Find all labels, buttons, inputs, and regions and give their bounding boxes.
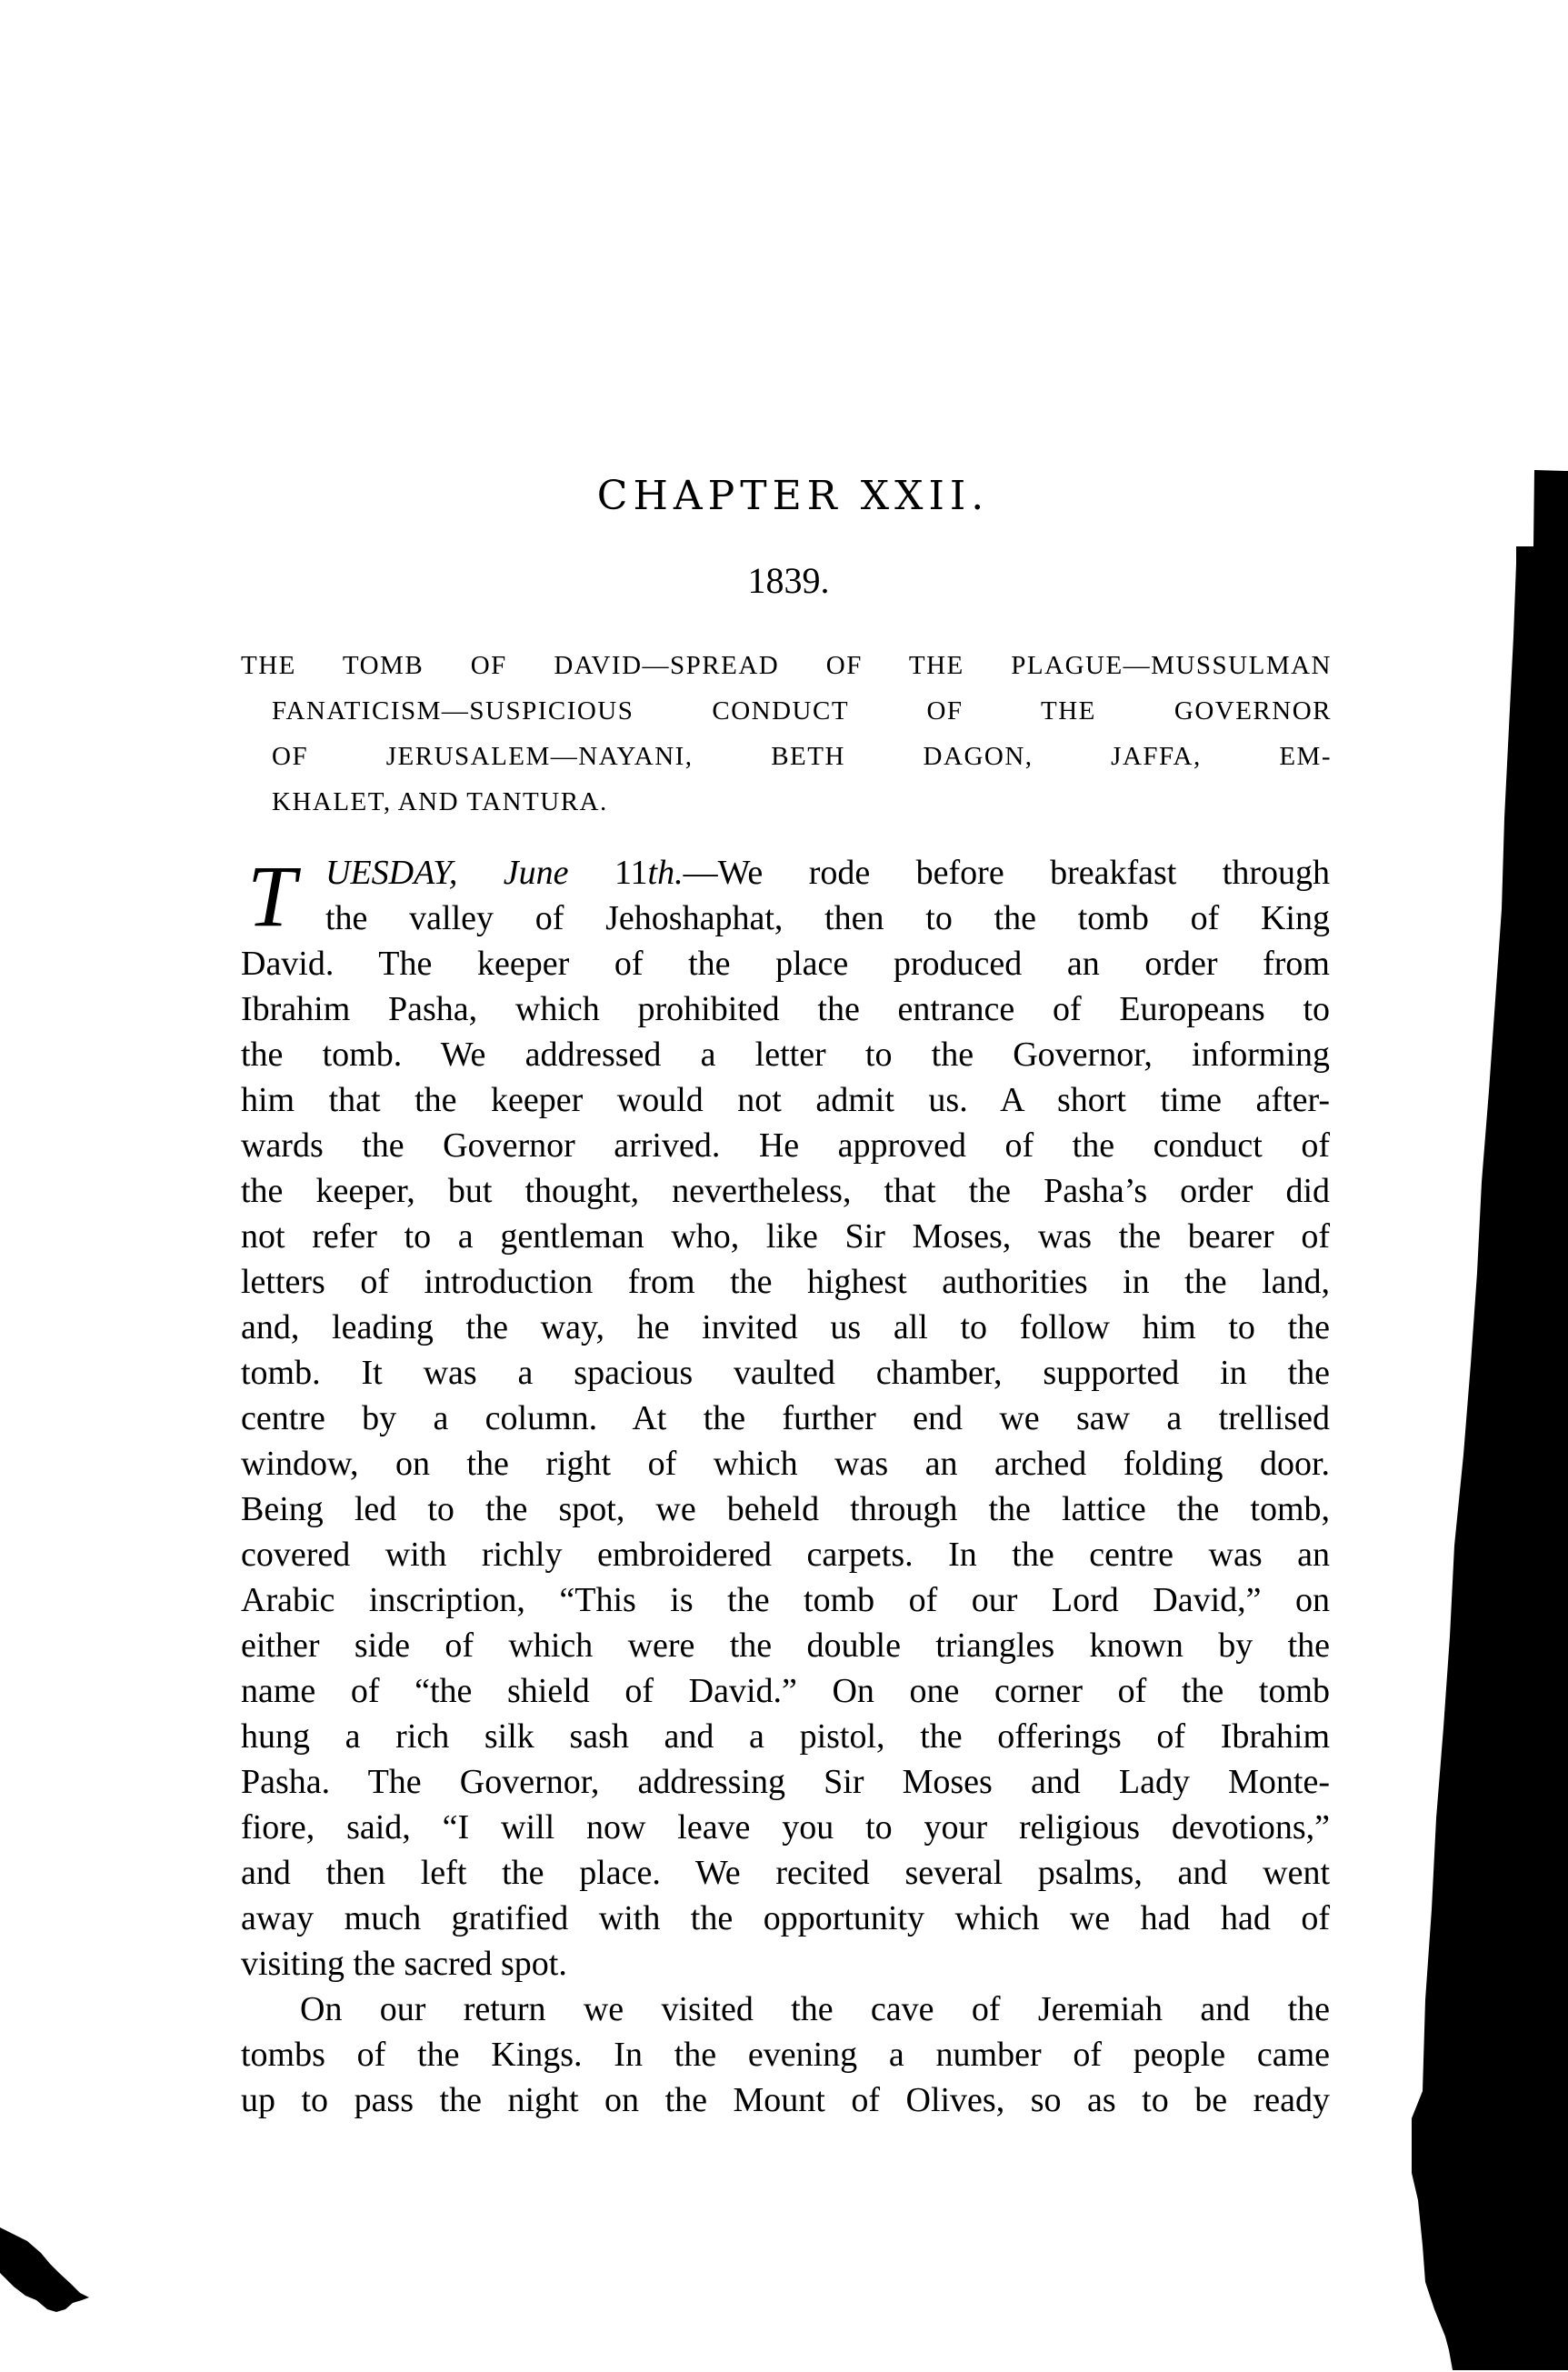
text-line: Pasha. The Governor, addressing Sir Mose… [241, 1759, 1330, 1805]
text-line: tombs of the Kings. In the evening a num… [241, 2032, 1330, 2077]
opening-month: June [504, 854, 569, 892]
text-line: the tomb. We addressed a letter to the G… [241, 1032, 1330, 1077]
text-line: Arabic inscription, “This is the tomb of… [241, 1577, 1330, 1623]
text-line: either side of which were the double tri… [241, 1623, 1330, 1668]
opening-day-suffix: th. [648, 854, 684, 892]
chapter-synopsis: The Tomb of David—Spread of the Plague—M… [241, 643, 1332, 825]
synopsis-line: The Tomb of David—Spread of the Plague—M… [241, 643, 1332, 688]
text-line: window, on the right of which was an arc… [241, 1441, 1330, 1486]
text-line: Ibrahim Pasha, which prohibited the entr… [241, 986, 1330, 1032]
text-line: up to pass the night on the Mount of Oli… [241, 2077, 1330, 2123]
text-line: David. The keeper of the place produced … [241, 941, 1330, 986]
text-line: him that the keeper would not admit us. … [241, 1077, 1330, 1123]
opening-day-number: 11 [614, 854, 648, 892]
chapter-heading: CHAPTER XXII. [0, 473, 1568, 519]
opening-rest: —We rode before breakfast through [684, 854, 1330, 892]
text-line: letters of introduction from the highest… [241, 1259, 1330, 1305]
text-line: and, leading the way, he invited us all … [241, 1305, 1330, 1350]
text-line: tomb. It was a spacious vaulted chamber,… [241, 1350, 1330, 1396]
synopsis-line: of Jerusalem—Nayani, Beth Dagon, Jaffa, … [272, 734, 1332, 779]
text-line: visiting the sacred spot. [241, 1941, 1330, 1987]
text-line: and then left the place. We recited seve… [241, 1850, 1330, 1896]
text-line: fiore, said, “I will now leave you to yo… [241, 1805, 1330, 1850]
opening-day: UESDAY, [325, 854, 457, 892]
synopsis-line: Fanaticism—Suspicious Conduct of the Gov… [272, 688, 1332, 734]
body-text: UESDAY, June 11th.—We rode before breakf… [241, 850, 1330, 2123]
chapter-year: 1839. [0, 559, 1568, 602]
text-line: covered with richly embroidered carpets.… [241, 1532, 1330, 1577]
text-line: Being led to the spot, we beheld through… [241, 1486, 1330, 1532]
text-line: wards the Governor arrived. He approved … [241, 1123, 1330, 1168]
text-line: the valley of Jehoshaphat, then to the t… [241, 896, 1330, 941]
opening-line: UESDAY, June 11th.—We rode before breakf… [241, 850, 1330, 896]
text-line: hung a rich silk sash and a pistol, the … [241, 1714, 1330, 1759]
synopsis-line: khalet, and Tantura. [272, 779, 1332, 825]
book-page: CHAPTER XXII. 1839. The Tomb of David—Sp… [0, 0, 1568, 2372]
text-line: centre by a column. At the further end w… [241, 1396, 1330, 1441]
text-line: away much gratified with the opportunity… [241, 1896, 1330, 1941]
text-line: the keeper, but thought, nevertheless, t… [241, 1168, 1330, 1214]
text-line: not refer to a gentleman who, like Sir M… [241, 1214, 1330, 1259]
text-line: On our return we visited the cave of Jer… [241, 1987, 1330, 2032]
text-line: name of “the shield of David.” On one co… [241, 1668, 1330, 1714]
